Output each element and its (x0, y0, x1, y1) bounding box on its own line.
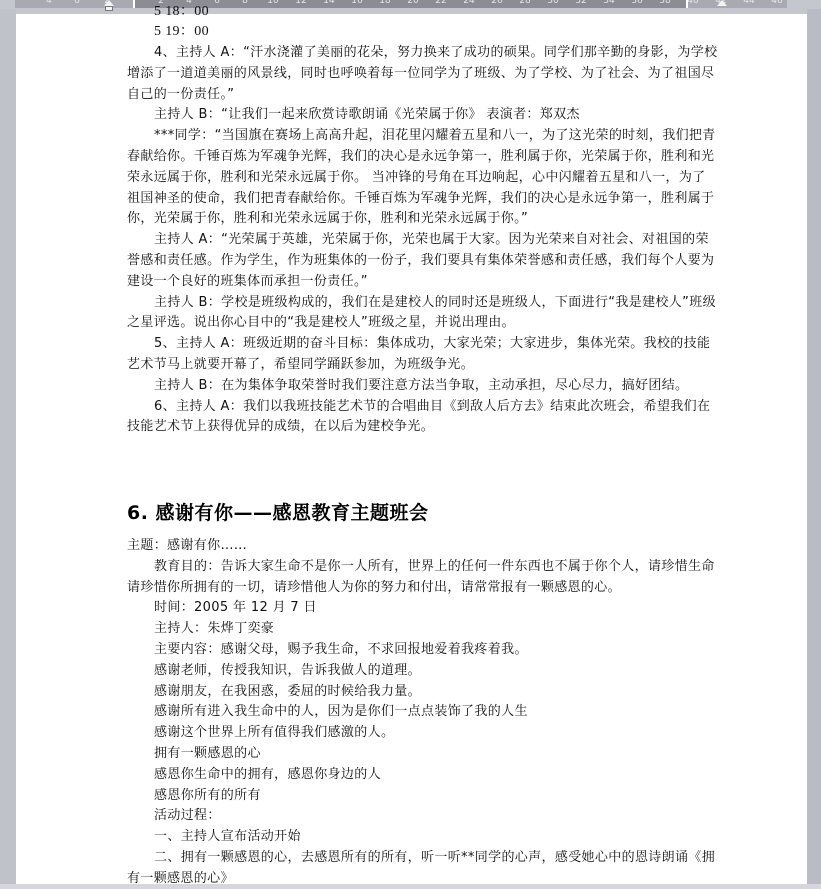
paragraph-line: 主持人：朱烨丁奕豪 (154, 619, 274, 639)
left-gutter (0, 9, 16, 889)
paragraph-line: 主持人 B：“让我们一起来欣赏诗歌朗诵《光荣属于你》 表演者：郑双杰 (154, 105, 580, 125)
paragraph-line: 感恩你生命中的拥有，感恩你身边的人 (154, 765, 381, 785)
paragraph-line: 5、主持人 A：班级近期的奋斗目标：集体成功，大家光荣；大家进步，集体光荣。我校… (154, 334, 710, 354)
paragraph-line: 祖国神圣的使命，我们把青春献给你。千锤百炼为军魂争光辉，我们的决心是永远争第一，… (127, 189, 714, 209)
paragraph-line: 春献给你。千锤百炼为军魂争光辉，我们的决心是永远争第一，胜利属于你，光荣属于你，… (127, 147, 714, 167)
paragraph-line: 主题：感谢有你…… (127, 536, 247, 556)
ruler-tick: 8 (242, 0, 248, 6)
paragraph-line: 4、主持人 A：“汗水浇灌了美丽的花朵，努力换来了成功的硕果。同学们那辛勤的身影… (154, 43, 717, 63)
paragraph-line: 艺术节马上就要开幕了，希望同学踊跃参加，为班级争光。 (127, 355, 474, 375)
ruler-tick: 38 (659, 0, 670, 6)
ruler-tick: 10 (267, 0, 278, 6)
ruler-tick: 18 (379, 0, 390, 6)
paragraph-line: 主持人 B：在为集体争取荣誉时我们要注意方法当争取，主动承担，尽心尽力，搞好团结… (154, 376, 688, 396)
bottom-page-gap (0, 884, 821, 889)
paragraph-line: 感谢朋友，在我困惑，委屈的时候给我力量。 (154, 682, 421, 702)
paragraph-line: 6、主持人 A：我们以我班技能艺术节的合唱曲目《到敌人后方去》结束此次班会，希望… (154, 397, 710, 417)
document-page[interactable]: 5 18：00 5 19：00 4、主持人 A：“汗水浇灌了美丽的花朵，努力换来… (16, 14, 807, 889)
ruler-tick: 34 (603, 0, 614, 6)
ruler-tick: 4 (46, 0, 52, 6)
vertical-scrollbar[interactable] (807, 9, 821, 889)
paragraph-line: 你，光荣属于你，胜利和光荣永远属于你，胜利和光荣永远属于你。” (127, 209, 528, 229)
paragraph-line: 感谢所有进入我生命中的人，因为是你们一点点装饰了我的人生 (154, 702, 528, 722)
paragraph-line: 建设一个良好的班集体而承担一份责任。” (127, 272, 368, 292)
ruler-tick: 22 (435, 0, 446, 6)
paragraph-line: 主持人 B：学校是班级构成的，我们在是建校人的同时还是班级人，下面进行“我是建校… (154, 293, 716, 313)
paragraph-line: 自己的一份责任。” (127, 85, 234, 105)
right-indent-marker-icon[interactable] (717, 0, 727, 12)
paragraph-line: 一、主持人宣布活动开始 (154, 827, 301, 847)
ruler-tick: 28 (519, 0, 530, 6)
horizontal-ruler[interactable]: 6422468101214161820222426283032343638404… (0, 0, 821, 9)
ruler-tick: 26 (491, 0, 502, 6)
paragraph-line: ***同学：“当国旗在赛场上高高升起，泪花里闪耀着五星和八一，为了这光荣的时刻，… (154, 126, 716, 146)
ruler-tick: 46 (771, 0, 782, 6)
ruler-tick: 20 (407, 0, 418, 6)
ruler-tick: 30 (547, 0, 558, 6)
ruler-tick: 16 (351, 0, 362, 6)
section-heading: 6. 感谢有你——感恩教育主题班会 (127, 498, 429, 525)
ruler-tick: 6 (214, 0, 220, 6)
paragraph-line: 感谢老师，传授我知识，告诉我做人的道理。 (154, 661, 421, 681)
paragraph-line: 教育目的：告诉大家生命不是你一人所有，世界上的任何一件东西也不属于你个人，请珍惜… (154, 557, 715, 577)
paragraph-line: 时间：2005 年 12 月 7 日 (154, 598, 317, 618)
paragraph-line: 之星评选。说出你心目中的“我是建校人”班级之星，并说出理由。 (127, 313, 515, 333)
cutoff-line: 5 18：00 (154, 2, 209, 22)
paragraph-line: 主持人 A：“光荣属于英雄，光荣属于你，光荣也属于大家。因为光荣来自对社会、对祖… (154, 230, 709, 250)
paragraph-line: 感恩你所有的所有 (154, 786, 261, 806)
ruler-tick: 36 (631, 0, 642, 6)
paragraph-line: 主要内容：感谢父母，赐予我生命，不求回报地爱着我疼着我。 (154, 640, 528, 660)
ruler-tick: 44 (743, 0, 754, 6)
ruler-left-margin-edge[interactable] (133, 0, 135, 8)
paragraph-line: 活动过程： (154, 806, 221, 826)
paragraph-line: 荣永远属于你，胜利和光荣永远属于你。 当冲锋的号角在耳边响起，心中闪耀着五星和八… (127, 168, 706, 188)
paragraph-line: 增添了一道道美丽的风景线，同时也呼唤着每一位同学为了班级、为了学校、为了社会、为… (127, 64, 714, 84)
paragraph-line: 技能艺术节上获得优异的成绩，在以后为建校争光。 (127, 417, 434, 437)
paragraph-line: 二、拥有一颗感恩的心，去感恩所有的所有，听一听**同学的心声，感受她心中的恩诗朗… (154, 848, 715, 868)
ruler-tick: 14 (323, 0, 334, 6)
paragraph-line: 请珍惜你所拥有的一切，请珍惜他人为你的努力和付出，请常常报有一颗感恩的心。 (127, 578, 621, 598)
ruler-tick: 24 (463, 0, 474, 6)
ruler-tick: 40 (687, 0, 698, 6)
ruler-tick: 12 (295, 0, 306, 6)
paragraph-line: 誉感和责任感。作为学生，作为班集体的一份子，我们要具有集体荣誉感和责任感，我们每… (127, 251, 714, 271)
ruler-tick: 6 (74, 0, 80, 6)
time-line: 5 19：00 (154, 22, 209, 42)
paragraph-line: 拥有一颗感恩的心 (154, 744, 261, 764)
left-indent-marker-icon[interactable] (104, 0, 114, 12)
ruler-tick: 32 (575, 0, 586, 6)
paragraph-line: 感谢这个世界上所有值得我们感激的人。 (154, 723, 394, 743)
